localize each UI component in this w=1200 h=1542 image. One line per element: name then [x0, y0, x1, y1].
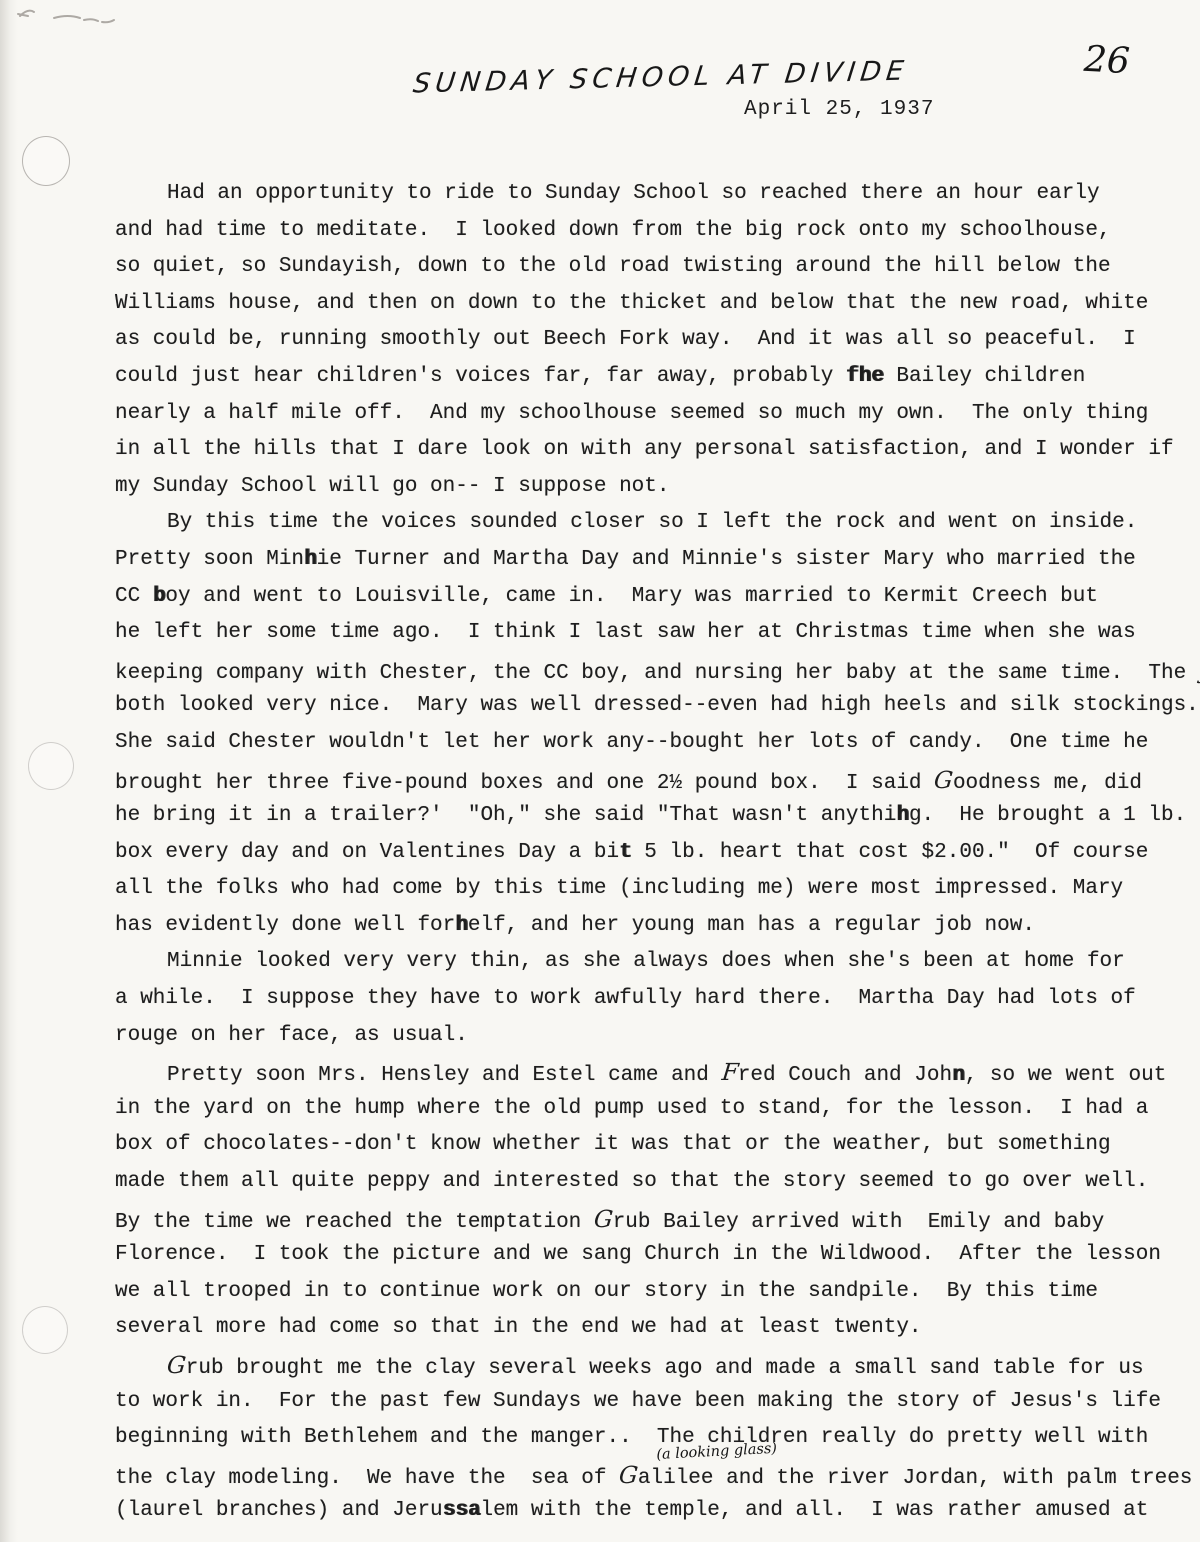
text-line: so quiet, so Sundayish, down to the old …	[115, 249, 1190, 286]
overstruck-characters: t	[619, 841, 632, 864]
text-line: could just hear children's voices far, f…	[115, 359, 1190, 396]
text-segment: made them all quite peppy and interested…	[115, 1170, 1148, 1193]
page-number: 26	[1083, 39, 1131, 82]
text-segment: keeping company with Chester, the CC boy…	[115, 662, 1199, 685]
pencil-smudge	[14, 2, 134, 34]
text-segment: both looked very nice. Mary was well dre…	[115, 694, 1199, 717]
handwritten-correction: G	[165, 1347, 188, 1384]
handwritten-correction: F	[720, 1054, 740, 1091]
text-segment: so quiet, so Sundayish, down to the old …	[115, 255, 1111, 278]
hole-punch-mark	[22, 1306, 68, 1354]
text-segment: Minnie looked very very thin, as she alw…	[167, 950, 1125, 973]
text-segment: g. He brought a 1 lb.	[909, 804, 1186, 827]
text-line: CC boy and went to Louisville, came in. …	[115, 579, 1190, 616]
text-line: By this time the voices sounded closer s…	[115, 505, 1190, 542]
text-segment: has evidently done well for	[115, 914, 455, 937]
text-segment: She said Chester wouldn't let her work a…	[115, 731, 1148, 754]
text-line: Florence. I took the picture and we sang…	[115, 1237, 1190, 1274]
text-segment: to work in. For the past few Sundays we …	[115, 1390, 1161, 1413]
text-segment: my Sunday School will go on-- I suppose …	[115, 475, 670, 498]
text-segment: in the yard on the hump where the old pu…	[115, 1097, 1148, 1120]
text-segment: Pretty soon Min	[115, 548, 304, 571]
text-segment: box of chocolates--don't know whether it…	[115, 1133, 1111, 1156]
overstruck-characters: h	[455, 914, 468, 937]
text-segment: rub brought me the clay several weeks ag…	[186, 1357, 1144, 1380]
text-segment: brought her three five-pound boxes and o…	[115, 772, 934, 795]
entry-date: April 25, 1937	[744, 98, 934, 121]
text-segment: could just hear children's voices far, f…	[115, 365, 846, 388]
overstruck-characters: b	[153, 585, 166, 608]
text-segment: oy and went to Louisville, came in. Mary…	[165, 585, 1098, 608]
text-line: to work in. For the past few Sundays we …	[115, 1384, 1190, 1421]
page-title-handwritten: SUNDAY SCHOOL AT DIVIDE	[411, 56, 910, 100]
scan-edge-shadow	[0, 0, 18, 1542]
text-segment: beginning with Bethlehem and the manger.…	[115, 1426, 1148, 1449]
text-line: we all trooped in to continue work on ou…	[115, 1274, 1190, 1311]
text-segment: several more had come so that in the end…	[115, 1316, 922, 1339]
text-line: Had an opportunity to ride to Sunday Sch…	[115, 176, 1190, 213]
text-line: as could be, running smoothly out Beech …	[115, 322, 1190, 359]
text-line: Pretty soon Mrs. Hensley and Estel came …	[115, 1054, 1190, 1091]
text-line: my Sunday School will go on-- I suppose …	[115, 469, 1190, 506]
text-segment: Williams house, and then on down to the …	[115, 292, 1148, 315]
handwritten-correction: G	[592, 1201, 615, 1238]
text-line: keeping company with Chester, the CC boy…	[115, 652, 1190, 689]
text-segment: Had an opportunity to ride to Sunday Sch…	[167, 182, 1100, 205]
text-segment: and had time to meditate. I looked down …	[115, 219, 1111, 242]
text-segment: Pretty soon Mrs. Hensley and Estel came …	[167, 1064, 722, 1087]
text-segment: Florence. I took the picture and we sang…	[115, 1243, 1161, 1266]
overstruck-characters: ssa	[443, 1499, 481, 1522]
text-line: made them all quite peppy and interested…	[115, 1164, 1190, 1201]
overstruck-characters: fhe	[846, 365, 884, 388]
text-segment: lem with the temple, and all. I was rath…	[480, 1499, 1148, 1522]
text-segment: rub Bailey arrived with Emily and baby	[613, 1211, 1104, 1234]
text-line: Williams house, and then on down to the …	[115, 286, 1190, 323]
text-line: Grub brought me the clay several weeks a…	[115, 1347, 1190, 1384]
text-segment: ie Turner and Martha Day and Minnie's si…	[317, 548, 1136, 571]
text-line: in the yard on the hump where the old pu…	[115, 1091, 1190, 1128]
text-segment: a while. I suppose they have to work awf…	[115, 987, 1136, 1010]
text-line: rouge on her face, as usual.	[115, 1018, 1190, 1055]
text-segment: red Couch and Joh	[738, 1064, 952, 1087]
text-line: he bring it in a trailer?' "Oh," she sai…	[115, 798, 1190, 835]
text-segment: he bring it in a trailer?' "Oh," she sai…	[115, 804, 896, 827]
overstruck-characters: h	[896, 804, 909, 827]
text-segment: in all the hills that I dare look on wit…	[115, 438, 1174, 461]
text-line: Pretty soon Minhie Turner and Martha Day…	[115, 542, 1190, 579]
text-segment: box every day and on Valentines Day a bi	[115, 841, 619, 864]
text-line: nearly a half mile off. And my schoolhou…	[115, 396, 1190, 433]
text-line: both looked very nice. Mary was well dre…	[115, 688, 1190, 725]
text-line: has evidently done well forhelf, and her…	[115, 908, 1190, 945]
text-line: a while. I suppose they have to work awf…	[115, 981, 1190, 1018]
text-segment: 5 lb. heart that cost $2.00." Of course	[632, 841, 1149, 864]
text-line: brought her three five-pound boxes and o…	[115, 762, 1190, 799]
hole-punch-mark	[22, 136, 70, 186]
text-segment: CC	[115, 585, 153, 608]
hole-punch-mark	[28, 742, 74, 790]
text-line: box of chocolates--don't know whether it…	[115, 1127, 1190, 1164]
text-segment: elf, and her young man has a regular job…	[468, 914, 1035, 937]
typed-body-text: Had an opportunity to ride to Sunday Sch…	[115, 176, 1190, 1530]
text-segment: By this time the voices sounded closer s…	[167, 511, 1137, 534]
text-line: in all the hills that I dare look on wit…	[115, 432, 1190, 469]
text-line: beginning with Bethlehem and the manger.…	[115, 1420, 1190, 1457]
text-line: several more had come so that in the end…	[115, 1310, 1190, 1347]
text-segment: all the folks who had come by this time …	[115, 877, 1123, 900]
text-line: (laurel branches) and Jerussalem with th…	[115, 1493, 1190, 1530]
text-segment: oodness me, did	[953, 772, 1142, 795]
text-line: he left her some time ago. I think I las…	[115, 615, 1190, 652]
document-page: SUNDAY SCHOOL AT DIVIDE April 25, 1937 2…	[0, 0, 1200, 1542]
handwritten-correction: G	[932, 762, 955, 799]
text-line: box every day and on Valentines Day a bi…	[115, 835, 1190, 872]
text-segment: Bailey children	[884, 365, 1086, 388]
text-line: Minnie looked very very thin, as she alw…	[115, 944, 1190, 981]
text-segment: , so we went out	[965, 1064, 1167, 1087]
text-segment: (laurel branches) and Jeru	[115, 1499, 443, 1522]
text-line: all the folks who had come by this time …	[115, 871, 1190, 908]
text-segment: he left her some time ago. I think I las…	[115, 621, 1136, 644]
text-line: By the time we reached the temptation Gr…	[115, 1201, 1190, 1238]
text-segment: we all trooped in to continue work on ou…	[115, 1280, 1098, 1303]
text-line: She said Chester wouldn't let her work a…	[115, 725, 1190, 762]
text-line: and had time to meditate. I looked down …	[115, 213, 1190, 250]
text-segment: rouge on her face, as usual.	[115, 1024, 468, 1047]
text-segment: nearly a half mile off. And my schoolhou…	[115, 402, 1148, 425]
text-segment: alilee	[638, 1467, 714, 1490]
overstruck-characters: h	[304, 548, 317, 571]
overstruck-characters: n	[952, 1064, 965, 1087]
text-segment: and the river Jordan, with palm trees	[714, 1467, 1193, 1490]
handwritten-correction: G	[617, 1457, 640, 1494]
text-line: the clay modeling. We have the sea of Ga…	[115, 1457, 1190, 1494]
text-segment: the clay modeling. We have the sea of	[115, 1467, 619, 1490]
text-segment: By the time we reached the temptation	[115, 1211, 594, 1234]
text-segment: as could be, running smoothly out Beech …	[115, 328, 1136, 351]
